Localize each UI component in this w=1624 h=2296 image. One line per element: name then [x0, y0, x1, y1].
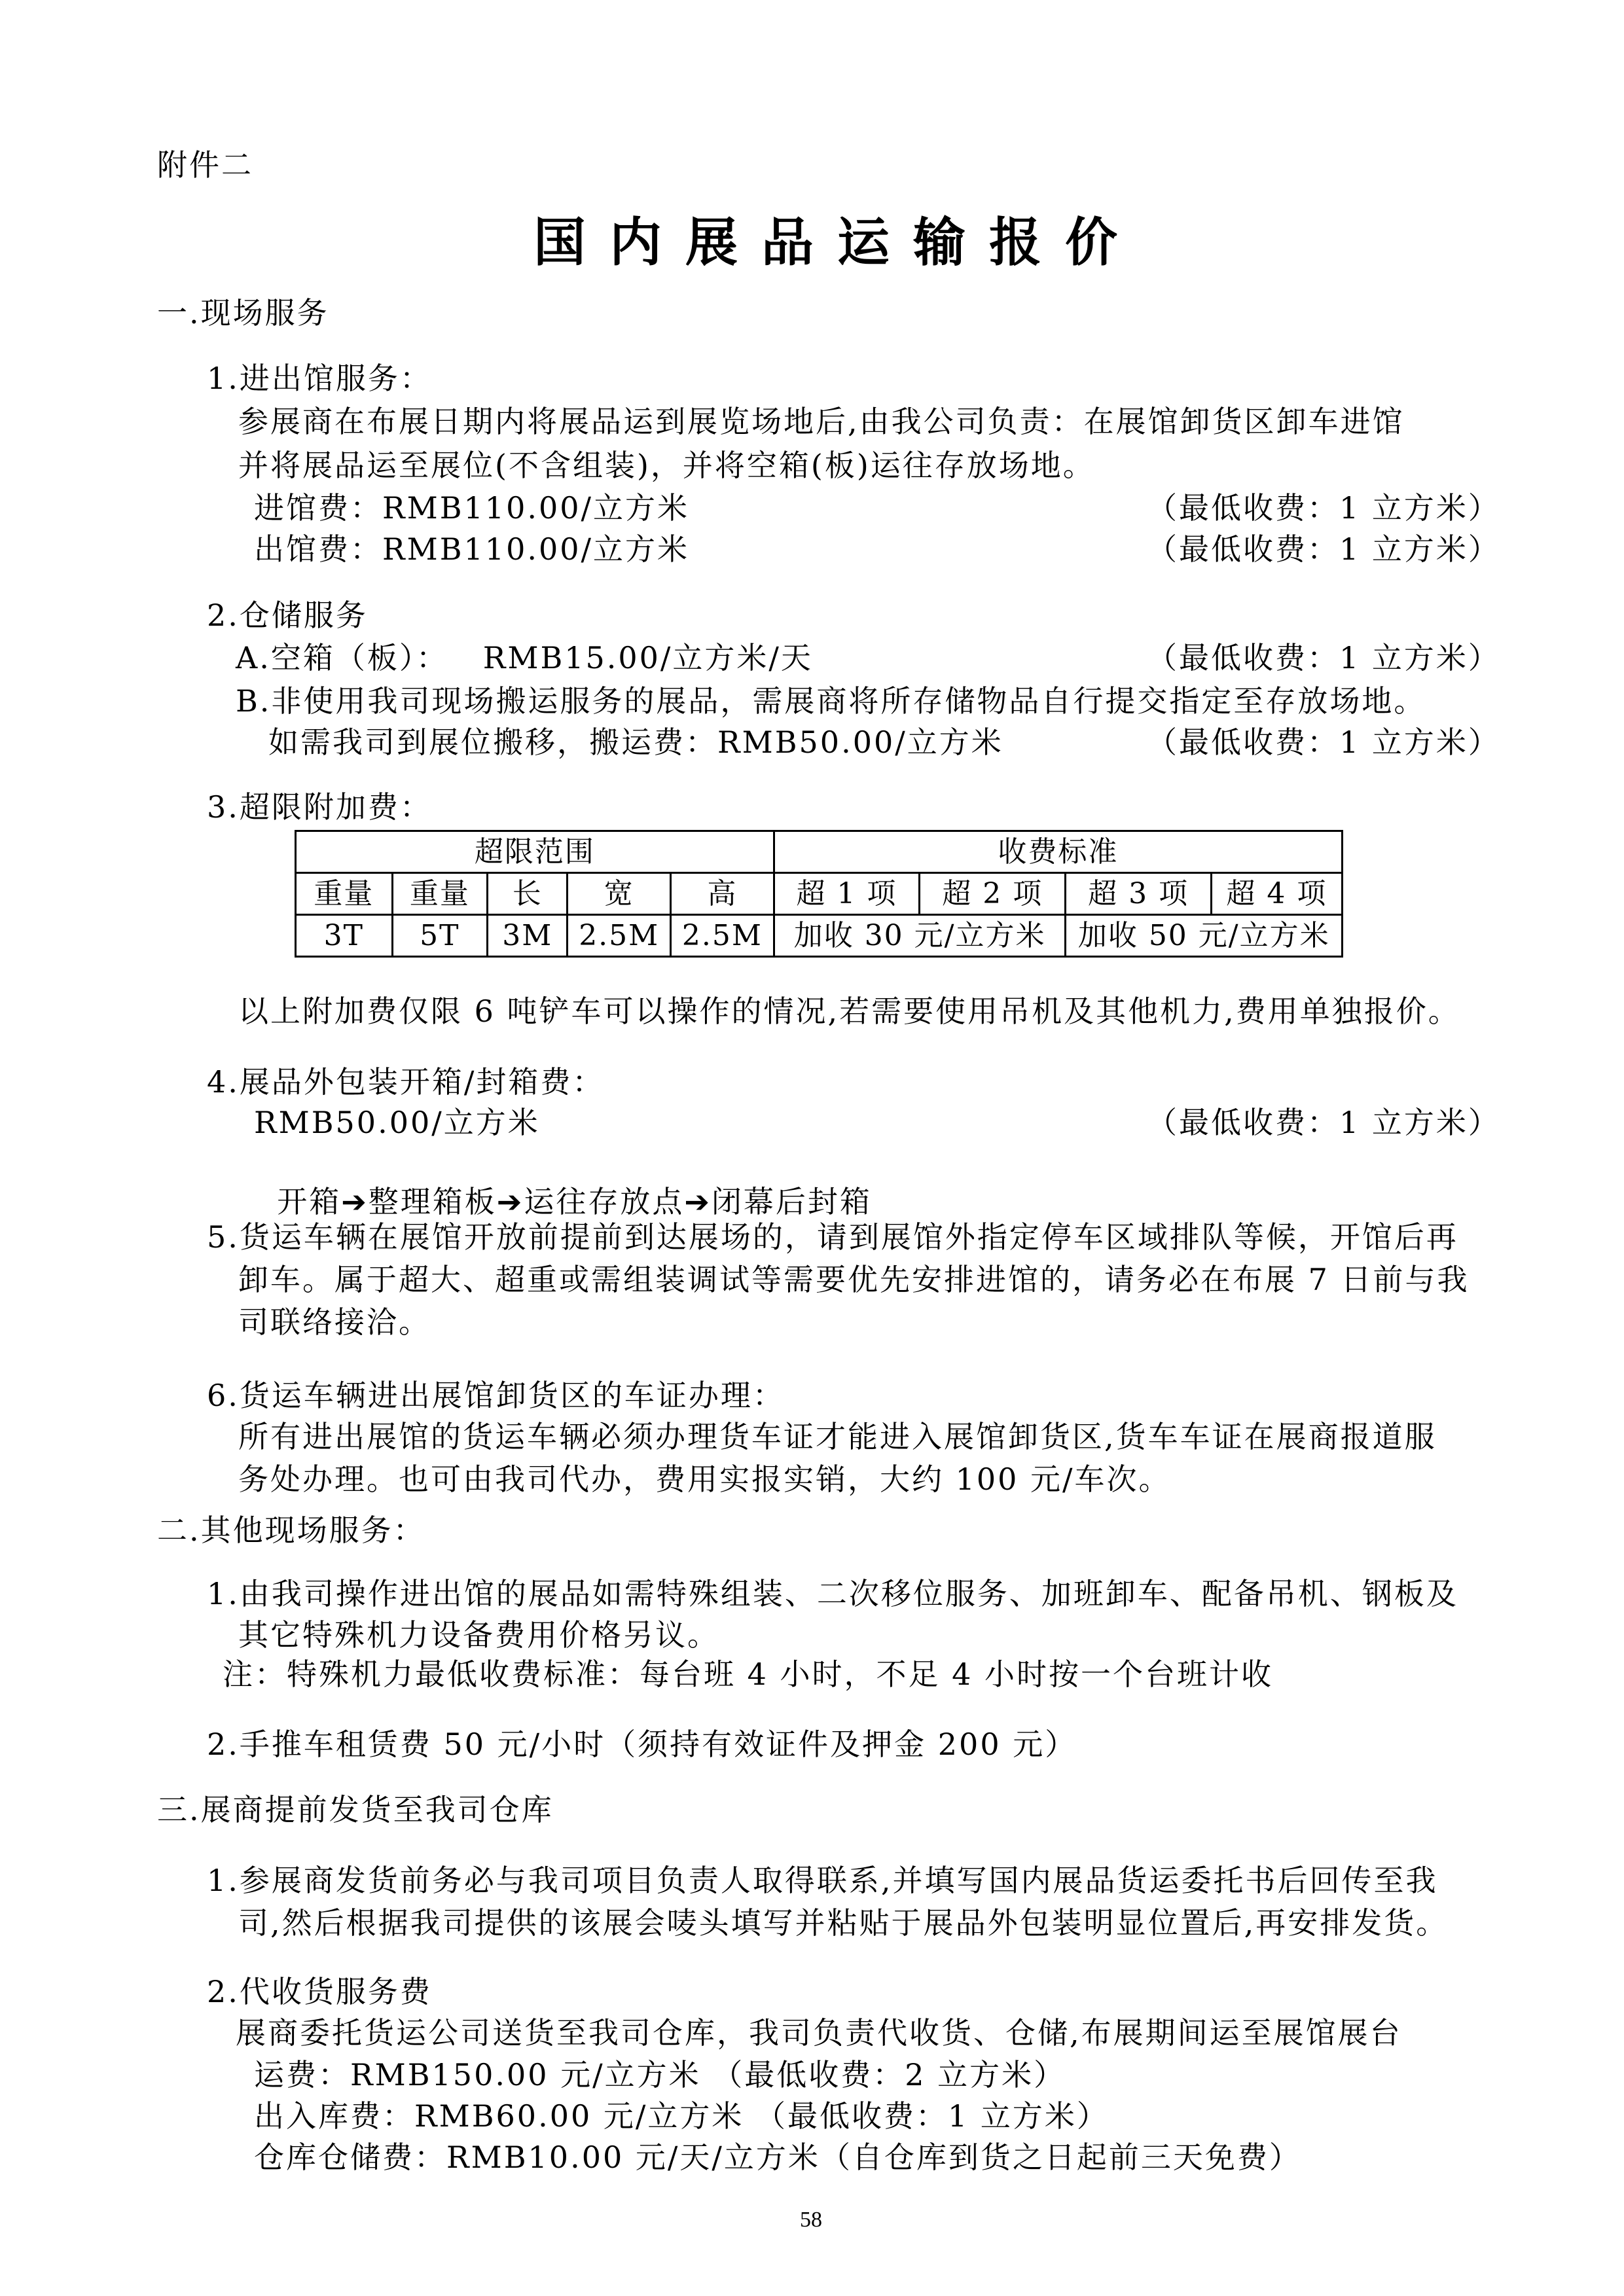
s1-item6-line1: 所有进出展馆的货运车辆必须办理货车证才能进入展馆卸货区,货车车证在展商报道服	[238, 1418, 1437, 1455]
table-column-header: 宽	[568, 873, 671, 915]
out-hall-fee: 出馆费：RMB110.00/立方米	[254, 531, 689, 567]
attachment-label: 附件二	[157, 147, 253, 183]
table-column-header: 超 3 项	[1066, 873, 1211, 915]
table-column-header: 重量	[296, 873, 393, 915]
s1-item1-desc-line2: 并将展品运至展位(不含组装)，并将空箱(板)运往存放场地。	[238, 447, 1095, 484]
s1-item4-heading: 4.展品外包装开箱/封箱费：	[207, 1064, 604, 1100]
s2-item1-line1: 1.由我司操作进出馆的展品如需特殊组装、二次移位服务、加班卸车、配备吊机、钢板及	[207, 1575, 1458, 1612]
s1-item2-heading: 2.仓储服务	[207, 597, 368, 634]
section-3-heading: 三.展商提前发货至我司仓库	[157, 1791, 554, 1828]
table-cell: 加收 30 元/立方米	[774, 915, 1066, 957]
table-cell: 5T	[392, 915, 488, 957]
out-hall-min-charge: （最低收费：1 立方米）	[1147, 531, 1500, 567]
table-group-header-row: 超限范围 收费标准	[296, 831, 1343, 873]
freight-fee: 运费：RMB150.00 元/立方米 （最低收费：2 立方米）	[254, 2056, 1066, 2093]
table-column-header: 超 2 项	[920, 873, 1066, 915]
table-cell: 3T	[296, 915, 393, 957]
packing-flow: 开箱➔整理箱板➔运往存放点➔闭幕后封箱	[254, 1147, 872, 1220]
flow-step: 闭幕后封箱	[712, 1184, 872, 1219]
s1-item6-line2: 务处办理。也可由我司代办，费用实报实销，大约 100 元/车次。	[238, 1461, 1171, 1498]
surcharge-note: 以上附加费仅限 6 吨铲车可以操作的情况,若需要使用吊机及其他机力,费用单独报价…	[238, 993, 1460, 1030]
s1-item2-b-line2: 如需我司到展位搬移，搬运费：RMB50.00/立方米	[268, 724, 1003, 761]
s2-note: 注：特殊机力最低收费标准：每台班 4 小时，不足 4 小时按一个台班计收	[223, 1656, 1273, 1693]
s1-item5-line2: 卸车。属于超大、超重或需组装调试等需要优先安排进馆的，请务必在布展 7 日前与我	[238, 1261, 1470, 1298]
empty-case-storage-fee: A.空箱（板）： RMB15.00/立方米/天	[236, 639, 813, 676]
flow-step: 整理箱板	[369, 1184, 497, 1219]
s1-item2-b-line1: B.非使用我司现场搬运服务的展品，需展商将所存储物品自行提交指定至存放场地。	[236, 683, 1426, 719]
s3-item1-line2: 司,然后根据我司提供的该展会唛头填写并粘贴于展品外包装明显位置后,再安排发货。	[238, 1905, 1448, 1941]
page-title: 国内展品运输报价	[533, 209, 1141, 275]
section-2-heading: 二.其他现场服务：	[157, 1512, 425, 1549]
s1-item1-desc-line1: 参展商在布展日期内将展品运到展览场地后,由我公司负责：在展馆卸货区卸车进馆	[238, 403, 1405, 440]
table-row: 3T 5T 3M 2.5M 2.5M 加收 30 元/立方米 加收 50 元/立…	[296, 915, 1343, 957]
table-cell: 2.5M	[568, 915, 671, 957]
arrow-right-icon: ➔	[341, 1184, 369, 1219]
section-1-heading: 一.现场服务	[157, 295, 329, 331]
table-cell: 2.5M	[671, 915, 774, 957]
packing-fee: RMB50.00/立方米	[254, 1104, 540, 1141]
s1-item1-heading: 1.进出馆服务：	[207, 360, 432, 397]
relocation-min-charge: （最低收费：1 立方米）	[1147, 724, 1500, 761]
s2-item1-line2: 其它特殊机力设备费用价格另议。	[238, 1617, 719, 1653]
table-cell: 加收 50 元/立方米	[1066, 915, 1343, 957]
s1-item5-line3: 司联络接洽。	[238, 1304, 431, 1340]
table-header-row: 重量 重量 长 宽 高 超 1 项 超 2 项 超 3 项 超 4 项	[296, 873, 1343, 915]
table-group-header: 超限范围	[296, 831, 774, 873]
packing-min-charge: （最低收费：1 立方米）	[1147, 1104, 1500, 1141]
table-column-header: 高	[671, 873, 774, 915]
s3-item2-desc: 展商委托货运公司送货至我司仓库，我司负责代收货、仓储,布展期间运至展馆展台	[236, 2015, 1402, 2051]
s1-item6-heading: 6.货运车辆进出展馆卸货区的车证办理：	[207, 1377, 785, 1414]
in-out-warehouse-fee: 出入库费：RMB60.00 元/立方米 （最低收费：1 立方米）	[254, 2098, 1109, 2134]
warehouse-storage-fee: 仓库仓储费：RMB10.00 元/天/立方米（自仓库到货之日起前三天免费）	[254, 2139, 1301, 2176]
flow-step: 开箱	[277, 1184, 341, 1219]
surcharge-table: 超限范围 收费标准 重量 重量 长 宽 高 超 1 项 超 2 项 超 3 项 …	[295, 830, 1343, 958]
flow-step: 运往存放点	[524, 1184, 684, 1219]
s3-item1-line1: 1.参展商发货前务必与我司项目负责人取得联系,并填写国内展品货运委托书后回传至我	[207, 1862, 1438, 1899]
table-group-header: 收费标准	[774, 831, 1342, 873]
table-column-header: 超 1 项	[774, 873, 919, 915]
arrow-right-icon: ➔	[684, 1184, 712, 1219]
empty-case-min-charge: （最低收费：1 立方米）	[1147, 639, 1500, 676]
page-number: 58	[800, 2207, 822, 2233]
table-column-header: 超 4 项	[1211, 873, 1342, 915]
in-hall-fee: 进馆费：RMB110.00/立方米	[254, 490, 689, 526]
in-hall-min-charge: （最低收费：1 立方米）	[1147, 490, 1500, 526]
table-column-header: 长	[488, 873, 568, 915]
s2-item2: 2.手推车租赁费 50 元/小时（须持有效证件及押金 200 元）	[207, 1726, 1077, 1763]
table-column-header: 重量	[392, 873, 488, 915]
s3-item2-heading: 2.代收货服务费	[207, 1973, 432, 2010]
arrow-right-icon: ➔	[497, 1184, 524, 1219]
s1-item5-line1: 5.货运车辆在展馆开放前提前到达展场的，请到展馆外指定停车区域排队等候，开馆后再	[207, 1219, 1458, 1255]
table-cell: 3M	[488, 915, 568, 957]
s1-item3-heading: 3.超限附加费：	[207, 789, 432, 825]
